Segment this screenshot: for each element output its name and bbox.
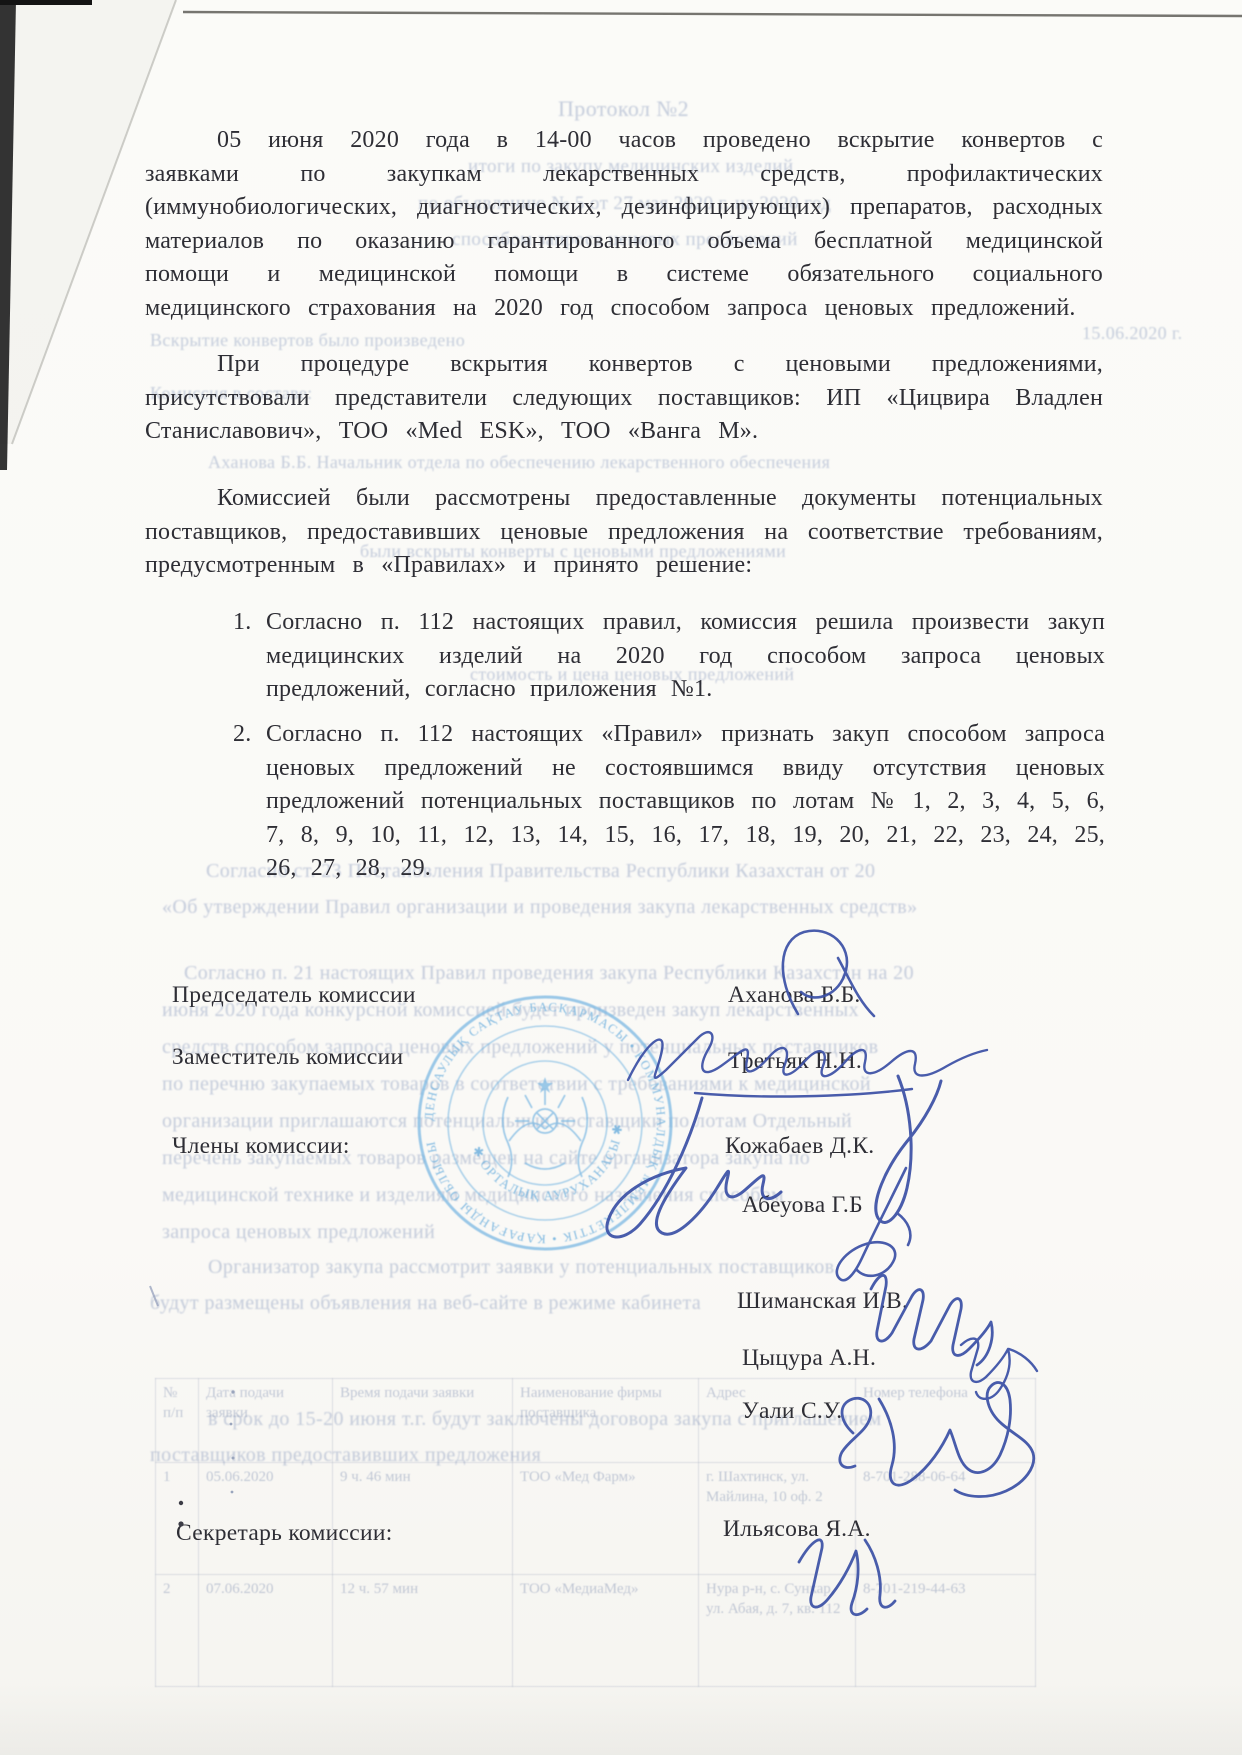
ghost-table-cell: Наименование фирмы поставщика <box>513 1379 699 1463</box>
ghost-table-cell: Дата подачи заявки <box>199 1379 333 1463</box>
ghost-table-cell: 07.06.2020 <box>199 1575 333 1687</box>
list-number: 1. <box>233 606 251 640</box>
member-name-4: Цыцура А.Н. <box>742 1345 876 1372</box>
scan-bottom-shadow <box>0 1685 1242 1755</box>
role-chairman-label: Председатель комиссии <box>172 982 416 1009</box>
ghost-table-cell: 2 <box>156 1575 199 1687</box>
ghost-table-cell: ТОО «МедиаМед» <box>513 1575 699 1687</box>
scanned-protocol-page: Протокол №2итоги по закупу медицинских и… <box>0 0 1242 1755</box>
svg-text:ДЕНСАУЛЫҚ САҚТАУ БАСҚАРМАСЫ •: ДЕНСАУЛЫҚ САҚТАУ БАСҚАРМАСЫ • КОММУНАЛДЫ… <box>422 1000 668 1246</box>
member-name-5: Уали С.У. <box>742 1398 842 1425</box>
ghost-table-cell: № п/п <box>156 1379 199 1463</box>
list-item-1: 1. Согласно п. 112 настоящих правил, ком… <box>233 606 1105 707</box>
ghost-table-cell: 12 ч. 57 мин <box>333 1575 513 1687</box>
paragraph-opening-envelopes: 05 июня 2020 года в 14-00 часов проведен… <box>145 124 1103 325</box>
ghost-table-cell: 9 ч. 46 мин <box>333 1463 513 1575</box>
member-name-3: Шиманская И.В. <box>737 1288 908 1315</box>
ghost-table-row: 207.06.202012 ч. 57 минТОО «МедиаМед»Нур… <box>156 1575 1036 1687</box>
ghost-table-cell: 1 <box>156 1463 199 1575</box>
ghost-table-cell: Время подачи заявки <box>333 1379 513 1463</box>
ghost-line: Аханова Б.Б. Начальник отдела по обеспеч… <box>208 452 830 473</box>
member-name-2: Абеуова Г.Б <box>742 1192 863 1219</box>
stamp-emblem-kazakhstan <box>503 1077 588 1177</box>
ghost-line: Организатор закупа рассмотрит заявки у п… <box>208 1256 834 1279</box>
role-deputy-label: Заместитель комиссии <box>172 1044 403 1071</box>
ghost-table-cell: ТОО «Мед Фарм» <box>513 1463 699 1575</box>
deputy-name: Третьяк Н.Н. <box>728 1048 862 1075</box>
stamp-inner-text: ✱ ОРТАЛЫҚ АУРУХАНАСЫ ✱ <box>469 1122 625 1203</box>
stamp-outer-text: ДЕНСАУЛЫҚ САҚТАУ БАСҚАРМАСЫ • КОММУНАЛДЫ… <box>422 1000 668 1246</box>
paragraph-commission-decision: Комиссией были рассмотрены предоставленн… <box>145 482 1103 583</box>
chairman-name: Аханова Б.Б. <box>728 982 861 1009</box>
ghost-line: «Об утверждении Правил организации и про… <box>162 896 918 919</box>
svg-text:✱ ОРТАЛЫҚ АУРУХАНАСЫ ✱: ✱ ОРТАЛЫҚ АУРУХАНАСЫ ✱ <box>469 1122 625 1203</box>
ghost-line: Протокол №2 <box>558 96 689 122</box>
list-text: Согласно п. 112 настоящих «Правил» призн… <box>233 718 1105 886</box>
ghost-line: запроса ценовых предложений <box>162 1221 435 1244</box>
ghost-table-header-row: № п/пДата подачи заявкиВремя подачи заяв… <box>156 1379 1036 1463</box>
secretary-name: Ильясова Я.А. <box>723 1516 871 1543</box>
ghost-line: 15.06.2020 г. <box>1082 323 1183 344</box>
role-secretary-label: Секретарь комиссии: <box>176 1520 393 1547</box>
ghost-table-cell: Номер телефона <box>856 1379 1036 1463</box>
ghost-table-cell: 8-701-219-44-63 <box>856 1575 1036 1687</box>
ghost-table-cell: 8-701-288-06-64 <box>856 1463 1036 1575</box>
official-round-stamp: ДЕНСАУЛЫҚ САҚТАУ БАСҚАРМАСЫ • КОММУНАЛДЫ… <box>413 991 677 1255</box>
ghost-table-cell: Нура р-н, с. Сункар, ул. Абая, д. 7, кв.… <box>699 1575 856 1687</box>
list-text: Согласно п. 112 настоящих правил, комисс… <box>233 606 1105 707</box>
list-item-2: 2. Согласно п. 112 настоящих «Правил» пр… <box>233 718 1105 886</box>
list-number: 2. <box>233 718 251 752</box>
ghost-table-row: 105.06.20209 ч. 46 минТОО «Мед Фарм»г. Ш… <box>156 1463 1036 1575</box>
paragraph-suppliers-present: При процедуре вскрытия конвертов с ценов… <box>145 348 1103 449</box>
ghost-line: будут размещены объявления на веб-сайте … <box>150 1292 701 1315</box>
member-name-1: Кожабаев Д.К. <box>725 1133 874 1160</box>
role-members-label: Члены комиссии: <box>172 1133 350 1160</box>
ghost-table-cell: 05.06.2020 <box>199 1463 333 1575</box>
stamp-outer-ring <box>419 997 671 1249</box>
